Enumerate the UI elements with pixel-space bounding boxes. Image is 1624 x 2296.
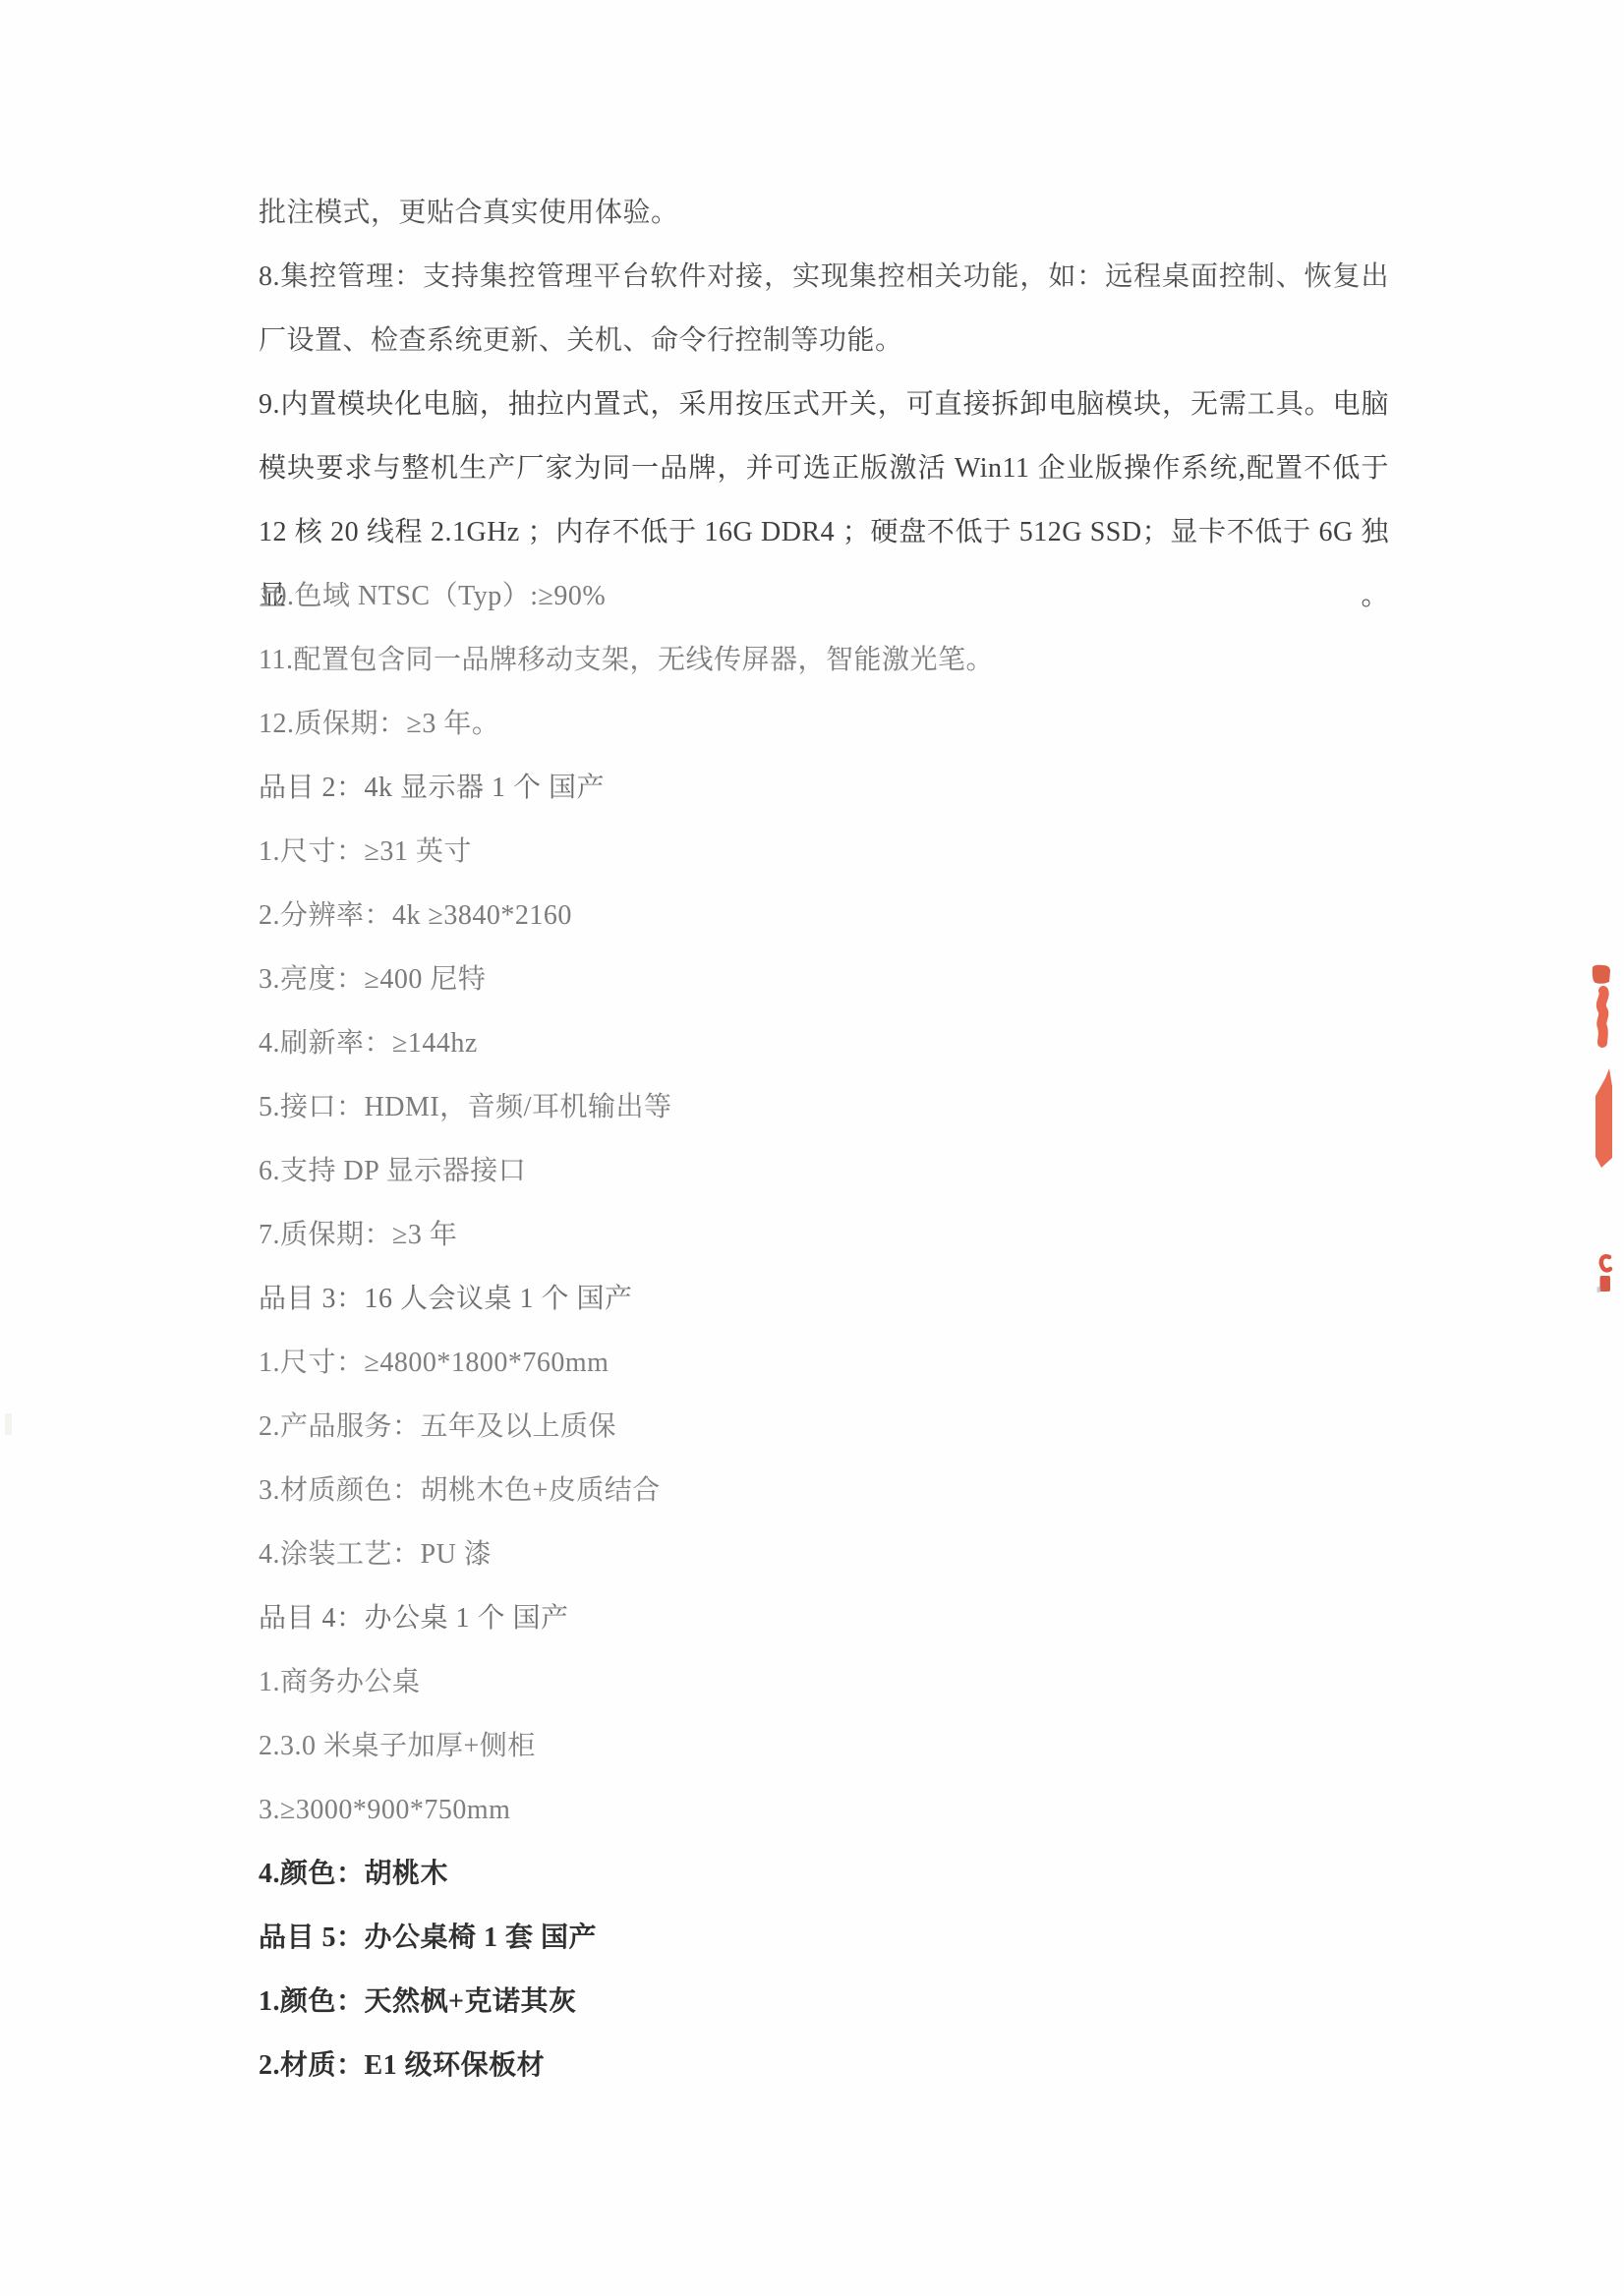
doc-line: 1.尺寸：≥4800*1800*760mm	[259, 1331, 1389, 1395]
red-ink-stroke-mark	[1595, 1068, 1612, 1168]
doc-line: 8.集控管理：支持集控管理平台软件对接，实现集控相关功能，如：远程桌面控制、恢复…	[259, 245, 1389, 309]
doc-line: 3.亮度：≥400 尼特	[259, 947, 1389, 1011]
doc-line: 4.颜色：胡桃木	[259, 1842, 1389, 1906]
red-ink-squiggle-mark	[1601, 991, 1604, 1043]
spec-text-block: 批注模式，更贴合真实使用体验。 8.集控管理：支持集控管理平台软件对接，实现集控…	[259, 181, 1389, 2097]
blue-ink-speck	[1597, 1287, 1601, 1292]
doc-line: 1.商务办公桌	[259, 1650, 1389, 1714]
doc-line: 6.支持 DP 显示器接口	[259, 1139, 1389, 1203]
doc-line: 7.质保期：≥3 年	[259, 1203, 1389, 1267]
doc-line: 3.≥3000*900*750mm	[259, 1778, 1389, 1842]
doc-line: 4.涂装工艺：PU 漆	[259, 1522, 1389, 1586]
doc-line: 品目 2：4k 显示器 1 个 国产	[259, 756, 1389, 820]
doc-line: 2.3.0 米桌子加厚+侧柜	[259, 1714, 1389, 1778]
doc-line: 2.材质：E1 级环保板材	[259, 2034, 1389, 2097]
doc-line: 12.质保期：≥3 年。	[259, 692, 1389, 756]
doc-line: 4.刷新率：≥144hz	[259, 1011, 1389, 1075]
doc-line: 品目 4：办公桌 1 个 国产	[259, 1586, 1389, 1650]
document-page: 批注模式，更贴合真实使用体验。 8.集控管理：支持集控管理平台软件对接，实现集控…	[0, 0, 1624, 2296]
red-ink-dot-mark	[1600, 1276, 1611, 1291]
doc-line: 批注模式，更贴合真实使用体验。	[259, 181, 1389, 245]
doc-line: 2.产品服务：五年及以上质保	[259, 1395, 1389, 1459]
scan-edge-artifact	[5, 1413, 12, 1435]
doc-line: 5.接口：HDMI，音频/耳机输出等	[259, 1075, 1389, 1139]
doc-line: 9.内置模块化电脑，抽拉内置式，采用按压式开关，可直接拆卸电脑模块，无需工具。电…	[259, 373, 1389, 436]
doc-line: 模块要求与整机生产厂家为同一品牌，并可选正版激活 Win11 企业版操作系统,配…	[259, 436, 1389, 500]
doc-line: 12 核 20 线程 2.1GHz ；内存不低于 16G DDR4 ；硬盘不低于…	[259, 500, 1389, 564]
doc-line: 1.尺寸：≥31 英寸	[259, 820, 1389, 884]
red-ink-blob-mark	[1593, 965, 1610, 984]
red-ink-crescent-mark	[1601, 1256, 1610, 1270]
doc-line: 品目 3：16 人会议桌 1 个 国产	[259, 1267, 1389, 1331]
doc-line: 1.颜色：天然枫+克诺其灰	[259, 1970, 1389, 2034]
doc-line: 厂设置、检查系统更新、关机、命令行控制等功能。	[259, 309, 1389, 373]
doc-line: 3.材质颜色：胡桃木色+皮质结合	[259, 1459, 1389, 1522]
doc-line: 2.分辨率：4k ≥3840*2160	[259, 884, 1389, 947]
doc-line: 品目 5：办公桌椅 1 套 国产	[259, 1906, 1389, 1970]
doc-line: 11.配置包含同一品牌移动支架，无线传屏器，智能激光笔。	[259, 628, 1389, 692]
red-ink-marks	[1583, 953, 1624, 1297]
